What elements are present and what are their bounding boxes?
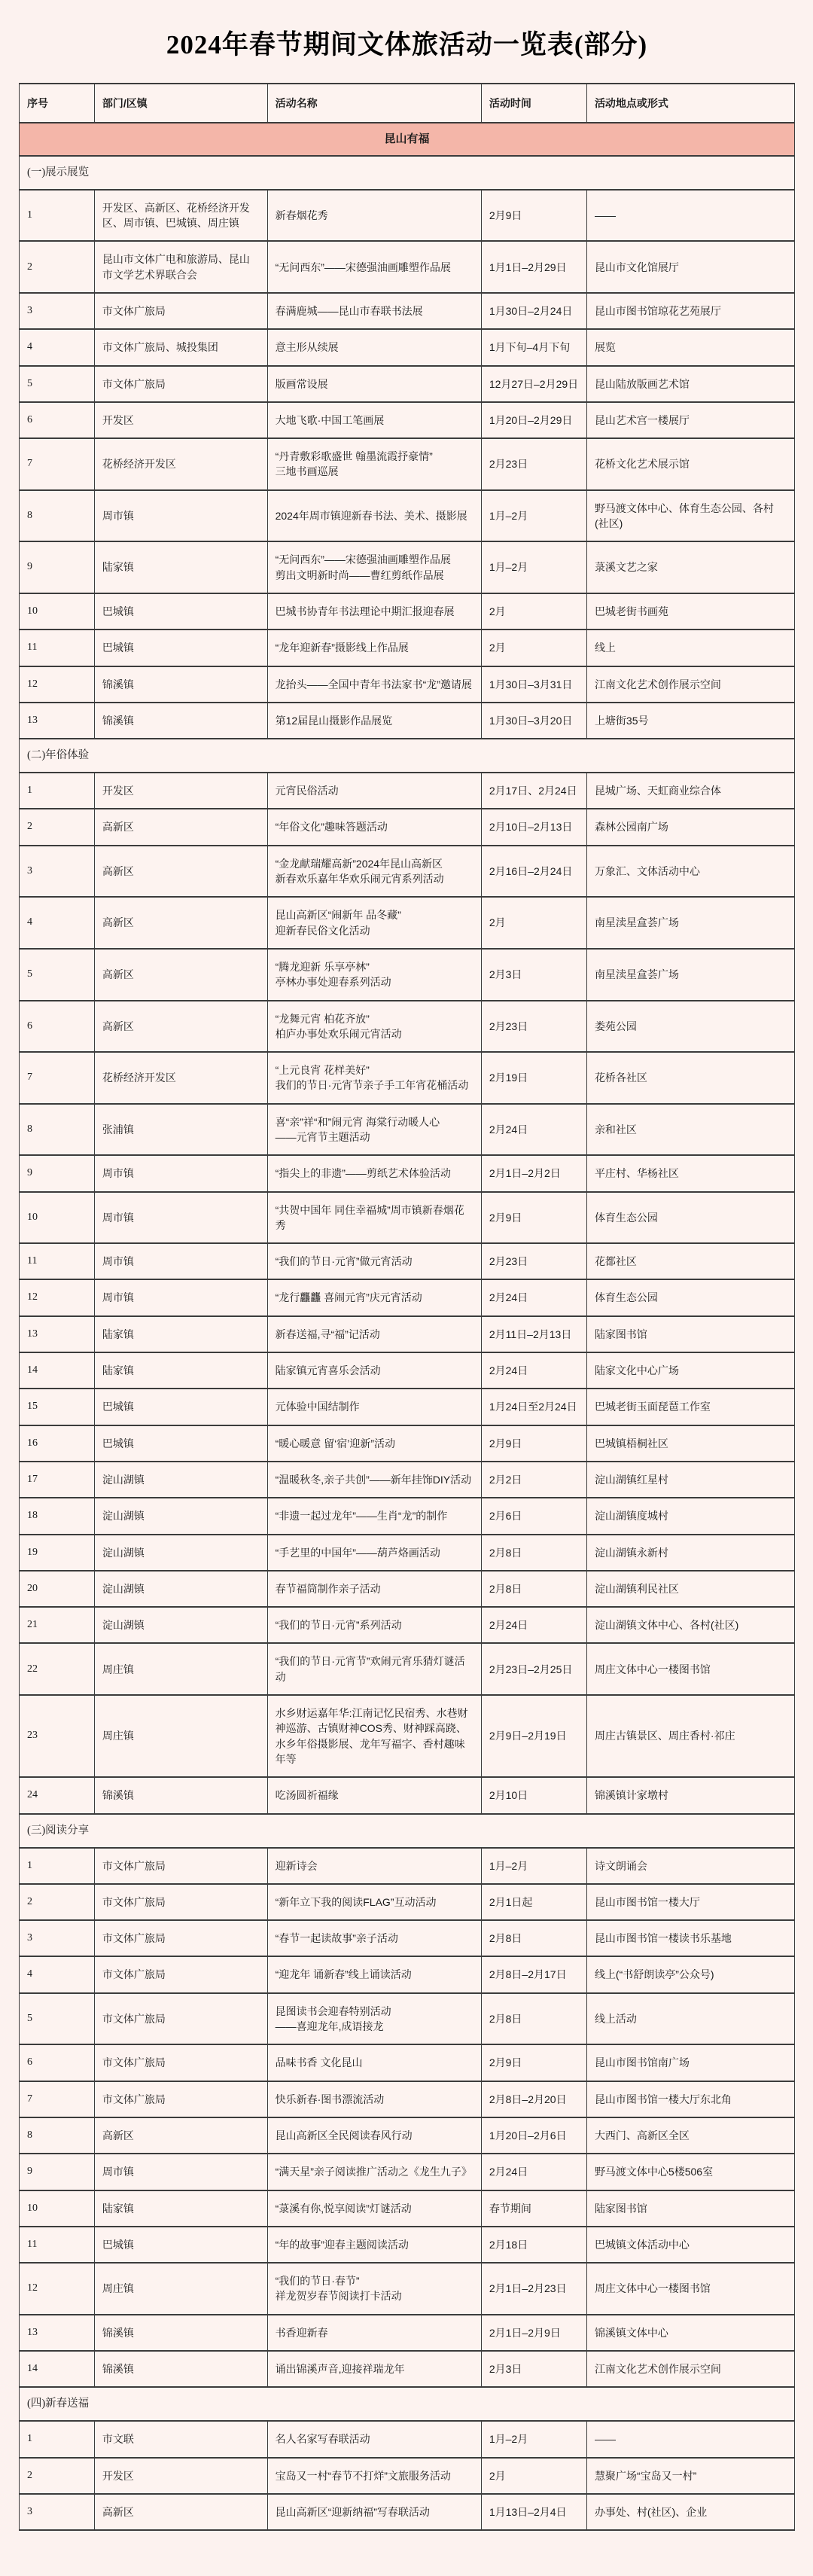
table-row: 5高新区“腾龙迎新 乐享亭林” 亭林办事处迎春系列活动2月3日南星渎星盒荟广场: [20, 949, 795, 1001]
cell-dept: 周市镇: [94, 1279, 267, 1315]
cell-dept: 淀山湖镇: [94, 1462, 267, 1498]
cell-place: 平庄村、华杨社区: [586, 1155, 794, 1191]
cell-dept: 淀山湖镇: [94, 1607, 267, 1643]
cell-dept: 市文体广旅局: [94, 2044, 267, 2081]
cell-time: 1月–2月: [481, 541, 586, 593]
cell-place: 巴城镇文体活动中心: [586, 2227, 794, 2263]
table-row: 22周庄镇“我们的节日·元宵节”欢闹元宵乐猜灯谜活动2月23日–2月25日周庄文…: [20, 1643, 795, 1695]
cell-place: 慧聚广场“宝岛又一村”: [586, 2458, 794, 2494]
cell-time: 2月3日: [481, 2351, 586, 2387]
cell-seq: 12: [20, 2263, 95, 2315]
cell-seq: 7: [20, 2081, 95, 2117]
cell-time: 2月23日: [481, 438, 586, 490]
cell-activity: 书香迎新春: [267, 2315, 481, 2351]
table-row: 3市文体广旅局“春节一起读故事”亲子活动2月8日昆山市图书馆一楼读书乐基地: [20, 1920, 795, 1956]
cell-activity: 品味书香 文化昆山: [267, 2044, 481, 2081]
cell-seq: 3: [20, 293, 95, 329]
cell-activity: 新春烟花秀: [267, 190, 481, 242]
cell-place: 娄苑公园: [586, 1001, 794, 1053]
cell-dept: 高新区: [94, 897, 267, 949]
cell-place: 花桥文化艺术展示馆: [586, 438, 794, 490]
header-row: 序号 部门/区镇 活动名称 活动时间 活动地点或形式: [20, 84, 795, 123]
cell-place: 陆家图书馆: [586, 1316, 794, 1352]
cell-time: 2月17日、2月24日: [481, 773, 586, 809]
cell-time: 2月23日–2月25日: [481, 1643, 586, 1695]
cell-place: 万象汇、文体活动中心: [586, 846, 794, 898]
cell-dept: 周庄镇: [94, 1643, 267, 1695]
cell-activity: 诵出锦溪声音,迎接祥瑞龙年: [267, 2351, 481, 2387]
cell-place: 野马渡文体中心5楼506室: [586, 2154, 794, 2190]
cell-activity: “龙行龘龘 喜闹元宵”庆元宵活动: [267, 1279, 481, 1315]
cell-time: 2月1日–2月2日: [481, 1155, 586, 1191]
cell-dept: 锦溪镇: [94, 1777, 267, 1813]
cell-time: 2月19日: [481, 1052, 586, 1104]
cell-seq: 13: [20, 1316, 95, 1352]
cell-place: 周庄文体中心一楼图书馆: [586, 2263, 794, 2315]
cell-place: 淀山湖镇利民社区: [586, 1571, 794, 1607]
cell-dept: 市文体广旅局: [94, 1884, 267, 1920]
cell-place: 锦溪镇文体中心: [586, 2315, 794, 2351]
cell-dept: 淀山湖镇: [94, 1571, 267, 1607]
cell-place: 体育生态公园: [586, 1279, 794, 1315]
cell-time: 12月27日–2月29日: [481, 366, 586, 402]
cell-time: 2月3日: [481, 949, 586, 1001]
cell-time: 1月20日–2月29日: [481, 402, 586, 438]
cell-activity: 宝岛又一村“春节不打烊”文旅服务活动: [267, 2458, 481, 2494]
cell-time: 2月2日: [481, 1462, 586, 1498]
table-row: 8高新区昆山高新区全民阅读春风行动1月20日–2月6日大西门、高新区全区: [20, 2117, 795, 2154]
cell-seq: 2: [20, 241, 95, 293]
table-row: 16巴城镇“暖心暖意 留‘宿’迎新”活动2月9日巴城镇梧桐社区: [20, 1425, 795, 1462]
cell-dept: 巴城镇: [94, 593, 267, 630]
cell-dept: 高新区: [94, 1001, 267, 1053]
cell-seq: 21: [20, 1607, 95, 1643]
table-row: 13陆家镇新春送福,寻“福”记活动2月11日–2月13日陆家图书馆: [20, 1316, 795, 1352]
cell-time: 2月8日–2月17日: [481, 1956, 586, 1992]
cell-activity: “指尖上的非遗”——剪纸艺术体验活动: [267, 1155, 481, 1191]
cell-seq: 6: [20, 2044, 95, 2081]
cell-place: 诗文朗诵会: [586, 1848, 794, 1884]
table-row: 6开发区大地飞歌·中国工笔画展1月20日–2月29日昆山艺术宫一楼展厅: [20, 402, 795, 438]
table-row: 21淀山湖镇“我们的节日·元宵”系列活动2月24日淀山湖镇文体中心、各村(社区): [20, 1607, 795, 1643]
cell-time: 2月6日: [481, 1498, 586, 1534]
cell-place: 陆家图书馆: [586, 2190, 794, 2227]
cell-seq: 9: [20, 541, 95, 593]
cell-activity: 第12届昆山摄影作品展览: [267, 703, 481, 739]
table-row: 13锦溪镇第12届昆山摄影作品展览1月30日–3月20日上塘街35号: [20, 703, 795, 739]
cell-place: 办事处、村(社区)、企业: [586, 2494, 794, 2530]
cell-place: 亲和社区: [586, 1104, 794, 1156]
cell-place: 昆山市图书馆琼花艺苑展厅: [586, 293, 794, 329]
cell-place: 昆山市图书馆南广场: [586, 2044, 794, 2081]
cell-place: 花都社区: [586, 1243, 794, 1279]
cell-place: 展览: [586, 329, 794, 365]
cell-place: 线上: [586, 630, 794, 666]
cell-activity: “共贺中国年 同住幸福城”周市镇新春烟花秀: [267, 1192, 481, 1244]
table-row: 3市文体广旅局春满鹿城——昆山市春联书法展1月30日–2月24日昆山市图书馆琼花…: [20, 293, 795, 329]
table-row: 2开发区宝岛又一村“春节不打烊”文旅服务活动2月慧聚广场“宝岛又一村”: [20, 2458, 795, 2494]
cell-dept: 开发区: [94, 773, 267, 809]
cell-place: 昆山陆放版画艺术馆: [586, 366, 794, 402]
table-row: 7市文体广旅局快乐新春·图书漂流活动2月8日–2月20日昆山市图书馆一楼大厅东北…: [20, 2081, 795, 2117]
cell-dept: 市文体广旅局: [94, 293, 267, 329]
cell-place: 大西门、高新区全区: [586, 2117, 794, 2154]
table-row: 13锦溪镇书香迎新春2月1日–2月9日锦溪镇文体中心: [20, 2315, 795, 2351]
cell-place: 昆城广场、天虹商业综合体: [586, 773, 794, 809]
cell-seq: 7: [20, 1052, 95, 1104]
table-row: 18淀山湖镇“非遗一起过龙年”——生肖“龙”的制作2月6日淀山湖镇度城村: [20, 1498, 795, 1534]
cell-activity: “手艺里的中国年”——葫芦烙画活动: [267, 1535, 481, 1571]
cell-activity: 元体验中国结制作: [267, 1389, 481, 1425]
cell-place: ——: [586, 190, 794, 242]
section-label-row: (二)年俗体验: [20, 739, 795, 773]
cell-dept: 淀山湖镇: [94, 1498, 267, 1534]
cell-time: 2月8日: [481, 1993, 586, 2045]
cell-activity: 水乡财运嘉年华:江南记忆民宿秀、水巷财神巡游、古镇财神COS秀、财神踩高跷、水乡…: [267, 1695, 481, 1777]
cell-time: 2月10日–2月13日: [481, 809, 586, 845]
table-row: 12锦溪镇龙抬头——全国中青年书法家书“龙”邀请展1月30日–3月31日江南文化…: [20, 666, 795, 703]
cell-time: 2月24日: [481, 1104, 586, 1156]
activities-table: 序号 部门/区镇 活动名称 活动时间 活动地点或形式 昆山有福 (一)展示展览1…: [19, 83, 795, 2531]
cell-seq: 2: [20, 809, 95, 845]
cell-dept: 高新区: [94, 809, 267, 845]
cell-time: 2月: [481, 897, 586, 949]
cell-dept: 周庄镇: [94, 2263, 267, 2315]
section-label: (一)展示展览: [20, 156, 795, 190]
cell-place: 昆山市图书馆一楼大厅东北角: [586, 2081, 794, 2117]
cell-dept: 市文体广旅局: [94, 2081, 267, 2117]
cell-dept: 高新区: [94, 949, 267, 1001]
cell-seq: 15: [20, 1389, 95, 1425]
cell-dept: 高新区: [94, 2494, 267, 2530]
table-row: 5市文体广旅局昆图读书会迎春特别活动 ——喜迎龙年,成语接龙2月8日线上活动: [20, 1993, 795, 2045]
table-row: 5市文体广旅局版画常设展12月27日–2月29日昆山陆放版画艺术馆: [20, 366, 795, 402]
cell-dept: 锦溪镇: [94, 2351, 267, 2387]
table-row: 20淀山湖镇春节福筒制作亲子活动2月8日淀山湖镇利民社区: [20, 1571, 795, 1607]
cell-time: 1月30日–3月20日: [481, 703, 586, 739]
cell-seq: 23: [20, 1695, 95, 1777]
cell-time: 2月9日: [481, 190, 586, 242]
cell-place: 花桥各社区: [586, 1052, 794, 1104]
cell-seq: 4: [20, 329, 95, 365]
cell-seq: 3: [20, 846, 95, 898]
table-row: 2市文体广旅局“新年立下我的阅读FLAG”互动活动2月1日起昆山市图书馆一楼大厅: [20, 1884, 795, 1920]
cell-seq: 8: [20, 2117, 95, 2154]
header-activity: 活动名称: [267, 84, 481, 123]
page: 2024年春节期间文体旅活动一览表(部分) 序号 部门/区镇 活动名称 活动时间…: [0, 0, 813, 2576]
cell-activity: “年的故事”迎春主题阅读活动: [267, 2227, 481, 2263]
cell-time: 2月16日–2月24日: [481, 846, 586, 898]
cell-time: 2月11日–2月13日: [481, 1316, 586, 1352]
cell-seq: 11: [20, 630, 95, 666]
cell-place: 森林公园南广场: [586, 809, 794, 845]
cell-seq: 24: [20, 1777, 95, 1813]
cell-seq: 2: [20, 1884, 95, 1920]
cell-seq: 4: [20, 897, 95, 949]
cell-activity: “满天星”亲子阅读推广活动之《龙生九子》: [267, 2154, 481, 2190]
cell-dept: 周市镇: [94, 2154, 267, 2190]
table-row: 1市文体广旅局迎新诗会1月–2月诗文朗诵会: [20, 1848, 795, 1884]
cell-place: 野马渡文体中心、体育生态公园、各村(社区): [586, 490, 794, 542]
cell-dept: 陆家镇: [94, 541, 267, 593]
section-label-row: (四)新春送福: [20, 2387, 795, 2421]
cell-activity: 大地飞歌·中国工笔画展: [267, 402, 481, 438]
cell-seq: 11: [20, 2227, 95, 2263]
cell-dept: 市文体广旅局、城投集团: [94, 329, 267, 365]
cell-place: 上塘街35号: [586, 703, 794, 739]
cell-activity: 昆山高新区“迎新纳福”写春联活动: [267, 2494, 481, 2530]
cell-seq: 4: [20, 1956, 95, 1992]
cell-dept: 市文体广旅局: [94, 1920, 267, 1956]
table-row: 4高新区昆山高新区“闹新年 品冬藏” 迎新春民俗文化活动2月南星渎星盒荟广场: [20, 897, 795, 949]
banner-row: 昆山有福: [20, 123, 795, 156]
cell-dept: 周市镇: [94, 1192, 267, 1244]
cell-dept: 市文体广旅局: [94, 1956, 267, 1992]
cell-activity: 快乐新春·图书漂流活动: [267, 2081, 481, 2117]
cell-place: 昆山市文化馆展厅: [586, 241, 794, 293]
table-row: 3高新区昆山高新区“迎新纳福”写春联活动1月13日–2月4日办事处、村(社区)、…: [20, 2494, 795, 2530]
table-row: 9陆家镇“无问西东”——宋德强油画雕塑作品展 剪出文明新时尚——曹红剪纸作品展1…: [20, 541, 795, 593]
cell-seq: 12: [20, 666, 95, 703]
table-row: 14陆家镇陆家镇元宵喜乐会活动2月24日陆家文化中心广场: [20, 1352, 795, 1389]
cell-seq: 8: [20, 1104, 95, 1156]
cell-activity: “上元良宵 花样美好” 我们的节日·元宵节亲子手工年宵花桶活动: [267, 1052, 481, 1104]
table-row: 8张浦镇喜“亲”祥“和”闹元宵 海棠行动暖人心 ——元宵节主题活动2月24日亲和…: [20, 1104, 795, 1156]
cell-place: 菉溪文艺之家: [586, 541, 794, 593]
cell-dept: 高新区: [94, 846, 267, 898]
cell-time: 2月24日: [481, 2154, 586, 2190]
cell-place: 江南文化艺术创作展示空间: [586, 2351, 794, 2387]
cell-activity: “温暖秋冬,亲子共创”——新年挂饰DIY活动: [267, 1462, 481, 1498]
table-row: 12周庄镇“我们的节日·春节” 祥龙贺岁春节阅读打卡活动2月1日–2月23日周庄…: [20, 2263, 795, 2315]
cell-dept: 花桥经济开发区: [94, 1052, 267, 1104]
banner-label: 昆山有福: [20, 123, 795, 156]
cell-dept: 淀山湖镇: [94, 1535, 267, 1571]
header-time: 活动时间: [481, 84, 586, 123]
cell-seq: 1: [20, 2421, 95, 2457]
cell-seq: 10: [20, 593, 95, 630]
cell-seq: 3: [20, 1920, 95, 1956]
section-label-row: (三)阅读分享: [20, 1814, 795, 1848]
cell-activity: “暖心暖意 留‘宿’迎新”活动: [267, 1425, 481, 1462]
cell-time: 2月8日: [481, 1571, 586, 1607]
cell-dept: 市文体广旅局: [94, 1993, 267, 2045]
table-row: 1市文联名人名家写春联活动1月–2月——: [20, 2421, 795, 2457]
table-row: 9周市镇“满天星”亲子阅读推广活动之《龙生九子》2月24日野马渡文体中心5楼50…: [20, 2154, 795, 2190]
table-row: 4市文体广旅局“迎龙年 诵新春”线上诵读活动2月8日–2月17日线上(“书舒朗读…: [20, 1956, 795, 1992]
cell-activity: “我们的节日·元宵”系列活动: [267, 1607, 481, 1643]
table-row: 2高新区“年俗文化”趣味答题活动2月10日–2月13日森林公园南广场: [20, 809, 795, 845]
cell-place: ——: [586, 2421, 794, 2457]
cell-seq: 9: [20, 2154, 95, 2190]
cell-time: 2月24日: [481, 1352, 586, 1389]
cell-place: 周庄古镇景区、周庄香村·祁庄: [586, 1695, 794, 1777]
page-title: 2024年春节期间文体旅活动一览表(部分): [19, 24, 795, 62]
cell-time: 2月8日–2月20日: [481, 2081, 586, 2117]
header-seq: 序号: [20, 84, 95, 123]
cell-seq: 11: [20, 1243, 95, 1279]
table-row: 7花桥经济开发区“丹青敷彩歌盛世 翰墨流霞抒豪情” 三地书画巡展2月23日花桥文…: [20, 438, 795, 490]
cell-place: 线上活动: [586, 1993, 794, 2045]
section-label: (四)新春送福: [20, 2387, 795, 2421]
cell-seq: 3: [20, 2494, 95, 2530]
cell-place: 淀山湖镇文体中心、各村(社区): [586, 1607, 794, 1643]
cell-seq: 2: [20, 2458, 95, 2494]
cell-place: 淀山湖镇红星村: [586, 1462, 794, 1498]
cell-time: 2月8日: [481, 1535, 586, 1571]
cell-time: 1月30日–2月24日: [481, 293, 586, 329]
cell-seq: 8: [20, 490, 95, 542]
cell-dept: 锦溪镇: [94, 666, 267, 703]
cell-seq: 12: [20, 1279, 95, 1315]
table-row: 9周市镇“指尖上的非遗”——剪纸艺术体验活动2月1日–2月2日平庄村、华杨社区: [20, 1155, 795, 1191]
cell-time: 2月: [481, 593, 586, 630]
cell-place: 昆山市图书馆一楼读书乐基地: [586, 1920, 794, 1956]
table-row: 11巴城镇“年的故事”迎春主题阅读活动2月18日巴城镇文体活动中心: [20, 2227, 795, 2263]
cell-time: 1月24日至2月24日: [481, 1389, 586, 1425]
table-row: 19淀山湖镇“手艺里的中国年”——葫芦烙画活动2月8日淀山湖镇永新村: [20, 1535, 795, 1571]
cell-activity: 昆山高新区全民阅读春风行动: [267, 2117, 481, 2154]
cell-seq: 13: [20, 2315, 95, 2351]
cell-dept: 市文体广旅局: [94, 366, 267, 402]
cell-dept: 开发区: [94, 402, 267, 438]
table-row: 23周庄镇水乡财运嘉年华:江南记忆民宿秀、水巷财神巡游、古镇财神COS秀、财神踩…: [20, 1695, 795, 1777]
cell-seq: 7: [20, 438, 95, 490]
cell-activity: 2024年周市镇迎新春书法、美术、摄影展: [267, 490, 481, 542]
cell-dept: 周庄镇: [94, 1695, 267, 1777]
header-dept: 部门/区镇: [94, 84, 267, 123]
cell-time: 2月23日: [481, 1001, 586, 1053]
cell-seq: 10: [20, 1192, 95, 1244]
cell-activity: 巴城书协青年书法理论中期汇报迎春展: [267, 593, 481, 630]
cell-activity: “我们的节日·元宵”做元宵活动: [267, 1243, 481, 1279]
cell-activity: 春满鹿城——昆山市春联书法展: [267, 293, 481, 329]
cell-time: 2月: [481, 630, 586, 666]
table-header: 序号 部门/区镇 活动名称 活动时间 活动地点或形式 昆山有福: [20, 84, 795, 156]
cell-dept: 巴城镇: [94, 2227, 267, 2263]
cell-time: 2月24日: [481, 1607, 586, 1643]
cell-dept: 市文体广旅局: [94, 1848, 267, 1884]
cell-time: 春节期间: [481, 2190, 586, 2227]
cell-dept: 开发区: [94, 2458, 267, 2494]
table-row: 10陆家镇“菉溪有你,悦享阅读”灯谜活动春节期间陆家图书馆: [20, 2190, 795, 2227]
cell-dept: 花桥经济开发区: [94, 438, 267, 490]
cell-dept: 周市镇: [94, 490, 267, 542]
cell-activity: 版画常设展: [267, 366, 481, 402]
table-row: 7花桥经济开发区“上元良宵 花样美好” 我们的节日·元宵节亲子手工年宵花桶活动2…: [20, 1052, 795, 1104]
cell-seq: 5: [20, 366, 95, 402]
cell-time: 1月13日–2月4日: [481, 2494, 586, 2530]
table-row: 6高新区“龙舞元宵 柏花齐放” 柏庐办事处欢乐闹元宵活动2月23日娄苑公园: [20, 1001, 795, 1053]
cell-time: 2月1日–2月23日: [481, 2263, 586, 2315]
table-row: 1开发区、高新区、花桥经济开发区、周市镇、巴城镇、周庄镇新春烟花秀2月9日——: [20, 190, 795, 242]
cell-time: 1月–2月: [481, 1848, 586, 1884]
cell-place: 南星渎星盒荟广场: [586, 897, 794, 949]
cell-place: 巴城老街书画苑: [586, 593, 794, 630]
cell-activity: “腾龙迎新 乐享亭林” 亭林办事处迎春系列活动: [267, 949, 481, 1001]
cell-time: 2月9日–2月19日: [481, 1695, 586, 1777]
cell-activity: 昆山高新区“闹新年 品冬藏” 迎新春民俗文化活动: [267, 897, 481, 949]
cell-activity: 名人名家写春联活动: [267, 2421, 481, 2457]
table-row: 3高新区“金龙献瑞耀高新”2024年昆山高新区 新春欢乐嘉年华欢乐闹元宵系列活动…: [20, 846, 795, 898]
cell-time: 2月9日: [481, 2044, 586, 2081]
cell-place: 线上(“书舒朗读亭”公众号): [586, 1956, 794, 1992]
cell-place: 体育生态公园: [586, 1192, 794, 1244]
cell-dept: 巴城镇: [94, 1389, 267, 1425]
cell-activity: “迎龙年 诵新春”线上诵读活动: [267, 1956, 481, 1992]
table-row: 12周市镇“龙行龘龘 喜闹元宵”庆元宵活动2月24日体育生态公园: [20, 1279, 795, 1315]
cell-seq: 13: [20, 703, 95, 739]
cell-seq: 14: [20, 1352, 95, 1389]
cell-activity: 意主形从续展: [267, 329, 481, 365]
cell-dept: 昆山市文体广电和旅游局、昆山市文学艺术界联合会: [94, 241, 267, 293]
table-row: 11巴城镇“龙年迎新春”摄影线上作品展2月线上: [20, 630, 795, 666]
cell-dept: 锦溪镇: [94, 2315, 267, 2351]
cell-activity: 春节福筒制作亲子活动: [267, 1571, 481, 1607]
cell-place: 昆山市图书馆一楼大厅: [586, 1884, 794, 1920]
cell-activity: “春节一起读故事”亲子活动: [267, 1920, 481, 1956]
cell-time: 2月23日: [481, 1243, 586, 1279]
cell-time: 2月9日: [481, 1192, 586, 1244]
cell-seq: 1: [20, 1848, 95, 1884]
cell-time: 2月1日起: [481, 1884, 586, 1920]
section-label-row: (一)展示展览: [20, 156, 795, 190]
cell-seq: 16: [20, 1425, 95, 1462]
cell-activity: “无问西东”——宋德强油画雕塑作品展 剪出文明新时尚——曹红剪纸作品展: [267, 541, 481, 593]
cell-seq: 19: [20, 1535, 95, 1571]
cell-time: 1月–2月: [481, 490, 586, 542]
cell-dept: 陆家镇: [94, 2190, 267, 2227]
table-row: 2昆山市文体广电和旅游局、昆山市文学艺术界联合会“无问西东”——宋德强油画雕塑作…: [20, 241, 795, 293]
cell-place: 淀山湖镇永新村: [586, 1535, 794, 1571]
cell-time: 2月24日: [481, 1279, 586, 1315]
cell-place: 南星渎星盒荟广场: [586, 949, 794, 1001]
cell-time: 2月10日: [481, 1777, 586, 1813]
cell-activity: “金龙献瑞耀高新”2024年昆山高新区 新春欢乐嘉年华欢乐闹元宵系列活动: [267, 846, 481, 898]
cell-activity: 元宵民俗活动: [267, 773, 481, 809]
cell-activity: “年俗文化”趣味答题活动: [267, 809, 481, 845]
cell-place: 锦溪镇计家墩村: [586, 1777, 794, 1813]
cell-seq: 18: [20, 1498, 95, 1534]
cell-activity: 迎新诗会: [267, 1848, 481, 1884]
cell-seq: 6: [20, 1001, 95, 1053]
cell-dept: 巴城镇: [94, 630, 267, 666]
cell-activity: “我们的节日·元宵节”欢闹元宵乐猜灯谜活动: [267, 1643, 481, 1695]
cell-activity: 陆家镇元宵喜乐会活动: [267, 1352, 481, 1389]
cell-place: 江南文化艺术创作展示空间: [586, 666, 794, 703]
table-row: 4市文体广旅局、城投集团意主形从续展1月下旬–4月下旬展览: [20, 329, 795, 365]
cell-dept: 高新区: [94, 2117, 267, 2154]
table-row: 17淀山湖镇“温暖秋冬,亲子共创”——新年挂饰DIY活动2月2日淀山湖镇红星村: [20, 1462, 795, 1498]
table-row: 8周市镇2024年周市镇迎新春书法、美术、摄影展1月–2月野马渡文体中心、体育生…: [20, 490, 795, 542]
header-place: 活动地点或形式: [586, 84, 794, 123]
cell-activity: “龙舞元宵 柏花齐放” 柏庐办事处欢乐闹元宵活动: [267, 1001, 481, 1053]
cell-seq: 5: [20, 1993, 95, 2045]
cell-time: 1月1日–2月29日: [481, 241, 586, 293]
table-row: 11周市镇“我们的节日·元宵”做元宵活动2月23日花都社区: [20, 1243, 795, 1279]
cell-activity: “非遗一起过龙年”——生肖“龙”的制作: [267, 1498, 481, 1534]
cell-time: 2月9日: [481, 1425, 586, 1462]
cell-place: 周庄文体中心一楼图书馆: [586, 1643, 794, 1695]
cell-seq: 14: [20, 2351, 95, 2387]
table-row: 10周市镇“共贺中国年 同住幸福城”周市镇新春烟花秀2月9日体育生态公园: [20, 1192, 795, 1244]
cell-time: 1月20日–2月6日: [481, 2117, 586, 2154]
cell-dept: 锦溪镇: [94, 703, 267, 739]
cell-activity: 昆图读书会迎春特别活动 ——喜迎龙年,成语接龙: [267, 1993, 481, 2045]
cell-activity: “菉溪有你,悦享阅读”灯谜活动: [267, 2190, 481, 2227]
cell-time: 2月: [481, 2458, 586, 2494]
cell-dept: 陆家镇: [94, 1352, 267, 1389]
